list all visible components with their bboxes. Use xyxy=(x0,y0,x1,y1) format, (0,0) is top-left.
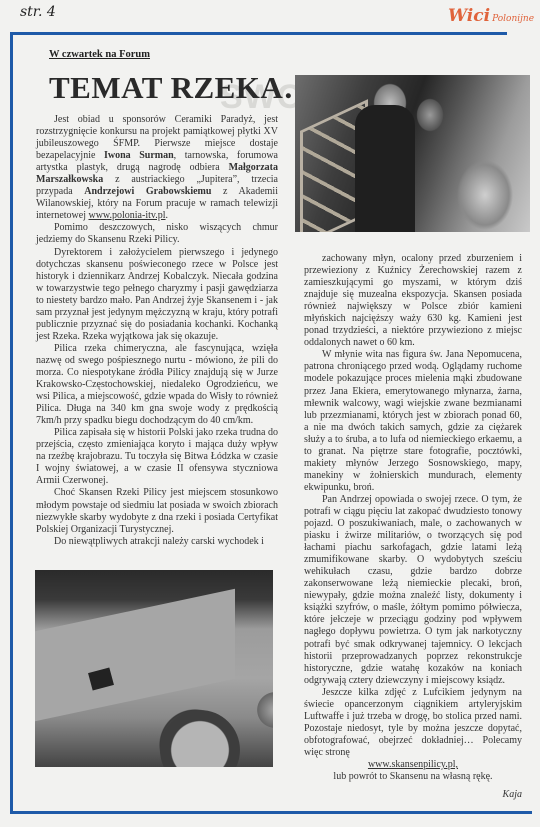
page-number: str. 4 xyxy=(20,4,56,20)
paragraph: Dyrektorem i założycielem pierwszego i j… xyxy=(36,247,278,343)
paragraph: Jest obiad u sponsorów Ceramiki Paradyż,… xyxy=(36,114,278,222)
man-in-suit xyxy=(355,105,415,232)
brand-logo: WiciPolonijne xyxy=(448,6,534,26)
paragraph: zachowany młyn, ocalony przed zburzeniem… xyxy=(304,253,522,349)
brand-main: Wici xyxy=(448,6,490,26)
left-column: Jest obiad u sponsorów Ceramiki Paradyż,… xyxy=(36,114,278,548)
person-name: Andrzejowi Grabowskiemu xyxy=(84,186,211,197)
paragraph: Pan Andrzej opowiada o swojej rzece. O t… xyxy=(304,494,522,687)
brand-sub: Polonijne xyxy=(492,14,534,24)
paragraph: Pilica zapisała się w historii Polski ja… xyxy=(36,427,278,487)
frame-top-border xyxy=(10,32,507,35)
person-name: Iwona Surman xyxy=(104,150,174,161)
right-column: zachowany młyn, ocalony przed zburzeniem… xyxy=(304,253,522,801)
paragraph: Choć Skansen Rzeki Pilicy jest miejscem … xyxy=(36,487,278,535)
paragraph: Pilica rzeka chimeryczna, ale fascynując… xyxy=(36,343,278,427)
paragraph: Jeszcze kilka zdjęć z Lufcikiem jedynym … xyxy=(304,687,522,759)
paragraph: Pomimo deszczowych, nisko wiszących chmu… xyxy=(36,222,278,246)
vehicle-hull xyxy=(35,589,235,722)
article-title: TEMAT RZEKA… xyxy=(49,70,315,106)
frame-bottom-border xyxy=(10,811,532,814)
frame-left-border xyxy=(10,32,13,814)
paragraph: W młynie wita nas figura św. Jana Nepomu… xyxy=(304,349,522,494)
vehicle-wheel xyxy=(160,710,240,767)
website-link[interactable]: www.skansenpilicy.pl, xyxy=(304,759,522,771)
closing-line: lub powrót to Skansenu na własną rękę. xyxy=(304,771,522,783)
photo-armored-vehicle xyxy=(35,570,273,767)
author-signature: Kaja xyxy=(304,789,522,801)
website-link[interactable]: www.polonia-itv.pl xyxy=(88,210,165,221)
photo-people xyxy=(295,75,530,232)
section-label: W czwartek na Forum xyxy=(49,49,150,60)
paragraph: Do niewątpliwych atrakcji należy carski … xyxy=(36,536,278,548)
